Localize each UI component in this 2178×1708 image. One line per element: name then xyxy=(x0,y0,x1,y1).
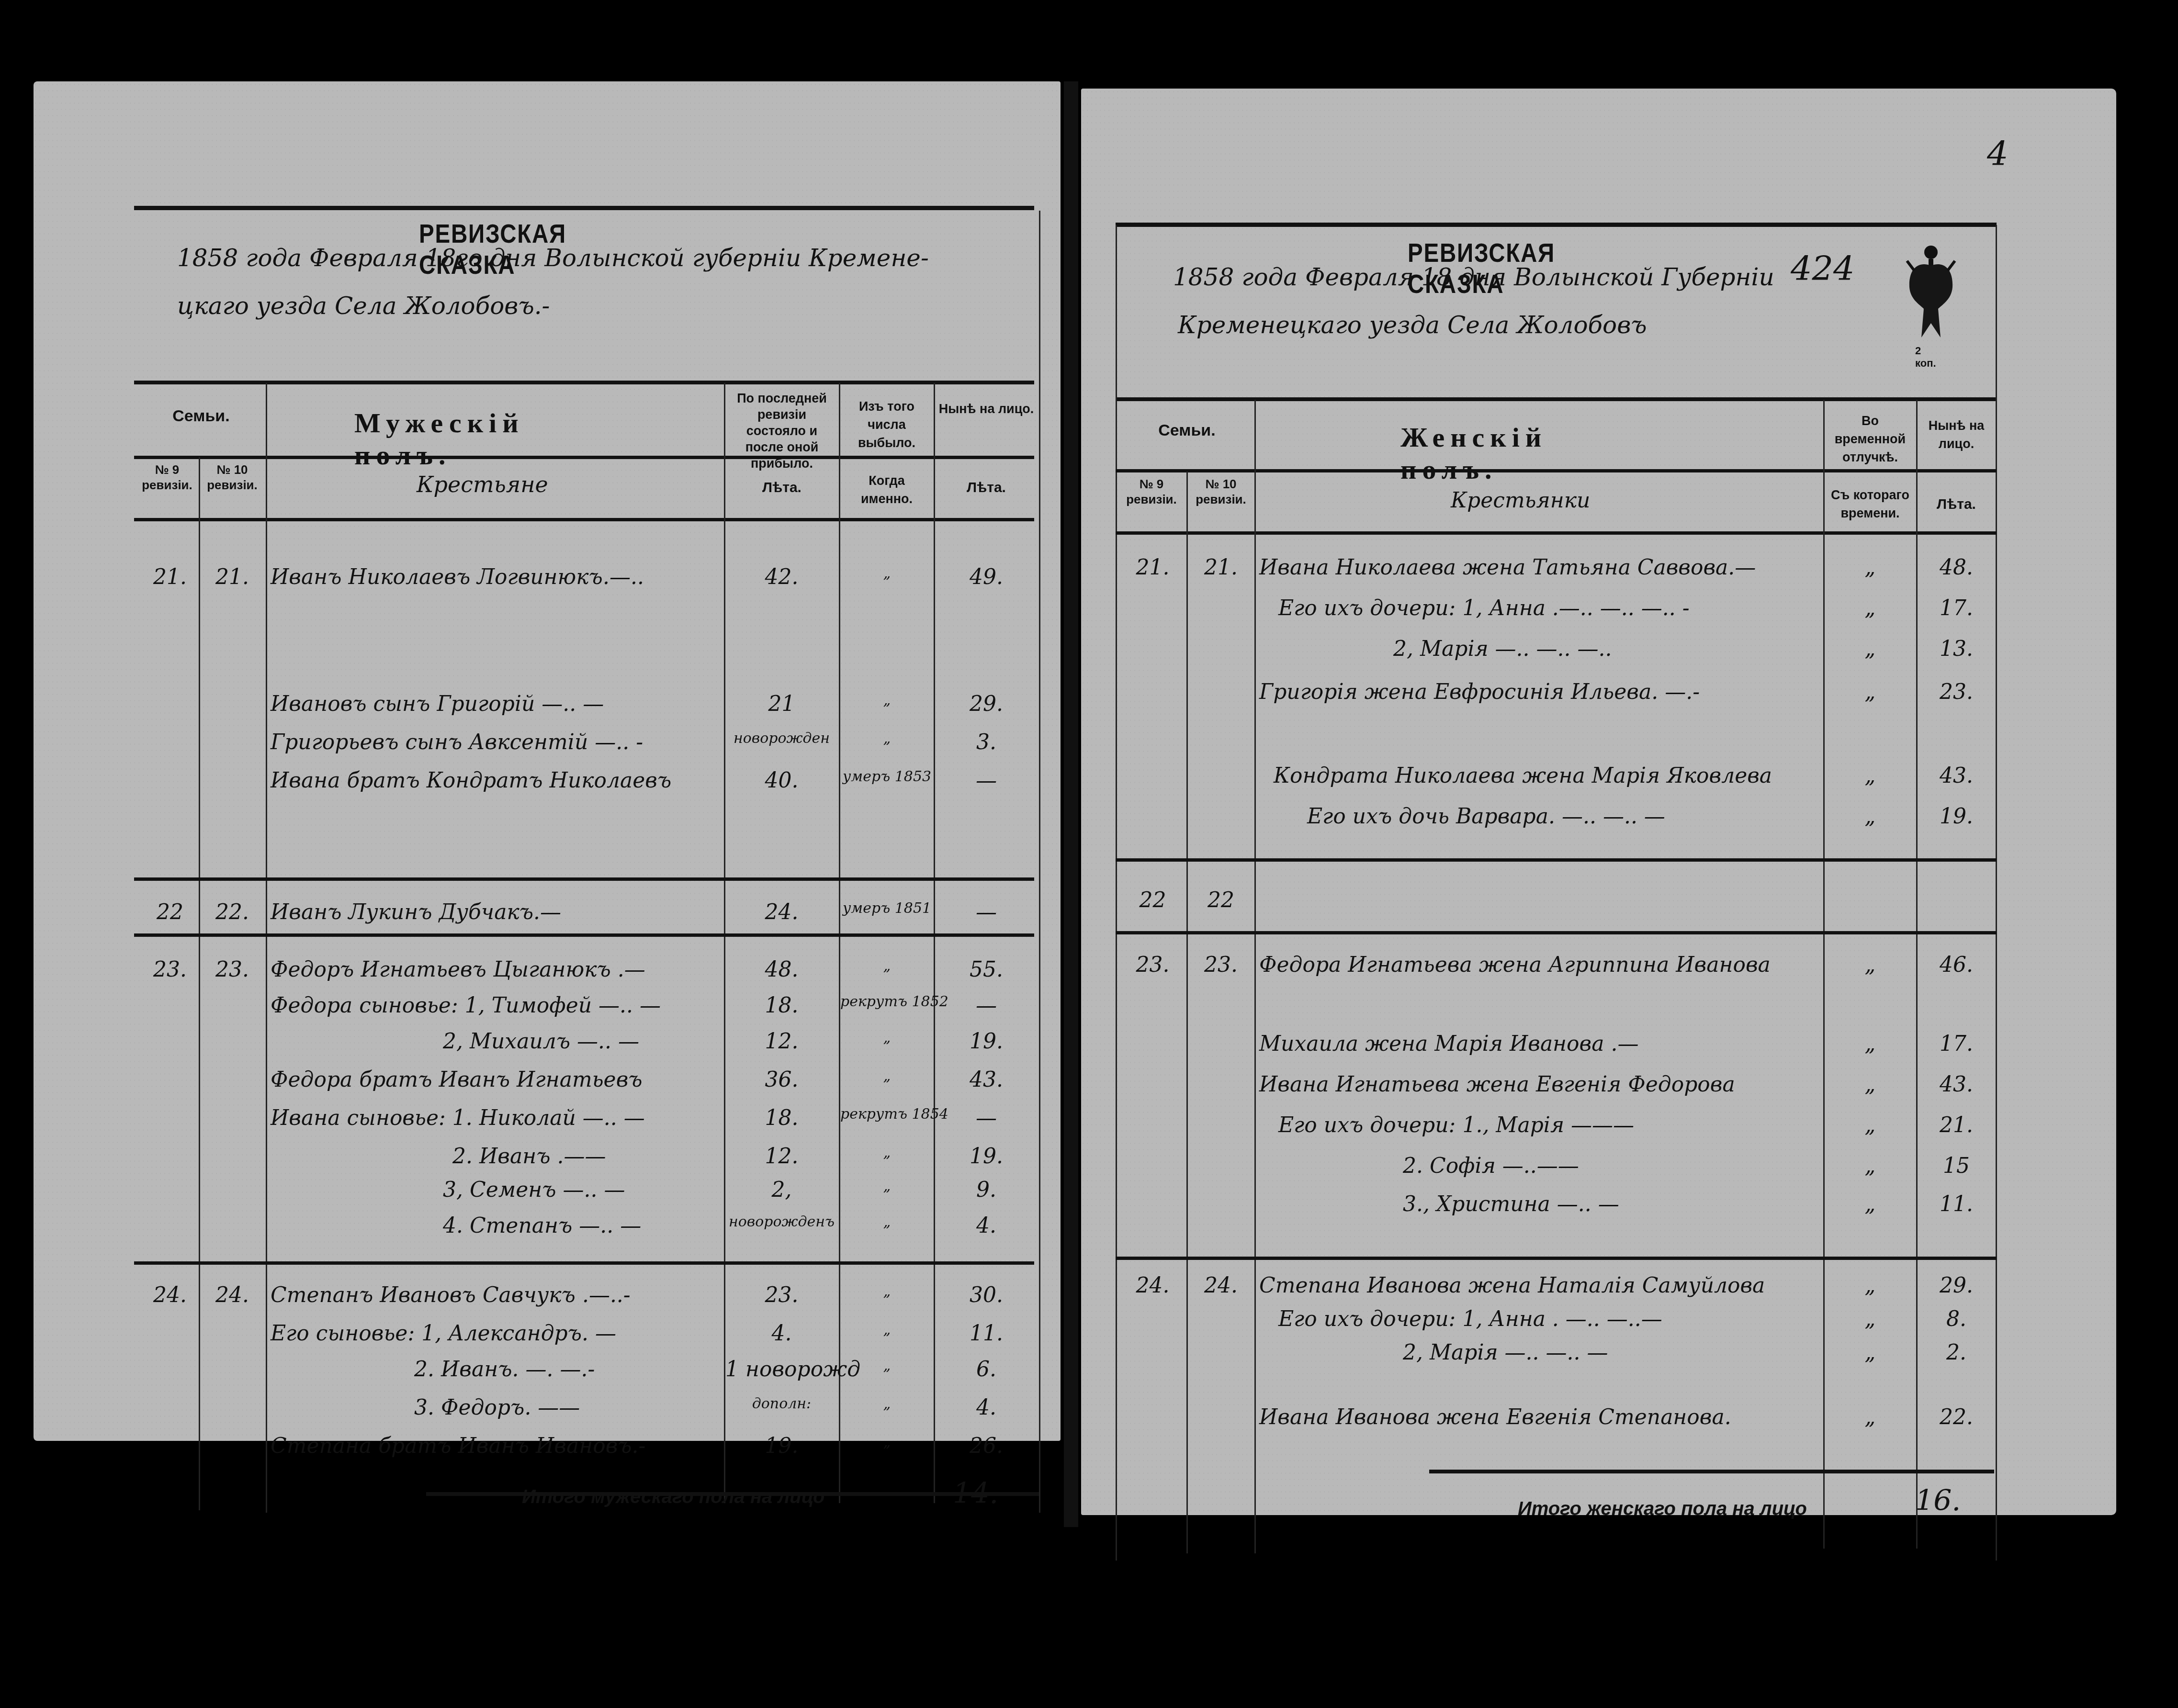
right-row-name: 2, Марія —.. —.. — xyxy=(1403,1340,1608,1365)
right-hdr-temp-absence: Во временной отлучкѣ. xyxy=(1825,412,1915,466)
left-row-name: Федоръ Игнатьевъ Цыганюкъ .— xyxy=(271,957,645,982)
left-subheader-rule xyxy=(134,456,1034,459)
left-row-when: рекрутъ 1852 xyxy=(840,993,934,1010)
left-row-when: „ xyxy=(840,692,934,708)
right-row-name: Федора Игнатьева жена Агриппина Иванова xyxy=(1259,953,1771,977)
right-row-absence: „ xyxy=(1825,1113,1915,1137)
right-row-absence: „ xyxy=(1825,1340,1915,1365)
folio-number: 4 xyxy=(1987,134,2009,173)
left-row-when: рекрутъ 1854 xyxy=(840,1106,934,1123)
left-row-age-now: 49. xyxy=(936,565,1037,589)
right-row-age-now: 13. xyxy=(1918,637,1995,661)
right-col-sep-rev xyxy=(1186,472,1188,1553)
right-row-absence: „ xyxy=(1825,637,1915,661)
right-row-name: Степана Иванова жена Наталія Самуйлова xyxy=(1259,1273,1765,1298)
left-row-age-prev: 12. xyxy=(725,1144,838,1169)
left-row-age-now: 9. xyxy=(936,1178,1037,1202)
left-row-name: Степанъ Ивановъ Савчукъ .—..- xyxy=(271,1283,631,1307)
left-row-name: 3, Семенъ —.. — xyxy=(443,1178,625,1202)
right-header-rule xyxy=(1116,397,1997,401)
left-row-age-prev: 18. xyxy=(725,1106,838,1130)
double-headed-eagle-icon xyxy=(1905,242,1957,342)
right-row-absence: „ xyxy=(1825,680,1915,704)
right-subheader-rule xyxy=(1116,469,1997,472)
left-total-value: 14. xyxy=(953,1477,998,1510)
left-row-rev10: 21. xyxy=(201,565,263,589)
left-row-age-now: — xyxy=(936,1106,1037,1130)
left-row-age-now: 29. xyxy=(936,692,1037,716)
left-row-age-now: 19. xyxy=(936,1144,1037,1169)
right-row-age-now: 43. xyxy=(1918,764,1995,788)
right-row-name: Ивана Николаева жена Татьяна Саввова.— xyxy=(1259,555,1756,580)
left-hdr-last-revision: По последней ревизіи состояло и после он… xyxy=(727,390,837,472)
left-hdr-rev9: № 9 ревизіи. xyxy=(136,462,198,493)
left-row-rev10: 23. xyxy=(201,957,263,982)
left-hdr-years2: Лѣта. xyxy=(936,479,1037,497)
right-hdr-now: Нынѣ на лицо. xyxy=(1918,416,1995,453)
left-intro-line2: цкаго уезда Села Жолобовъ.- xyxy=(177,292,550,320)
left-row-age-now: 4. xyxy=(936,1214,1037,1238)
left-header-rule xyxy=(134,381,1034,384)
left-family-rule-23 xyxy=(134,933,1034,937)
left-hdr-section: Мужескій полъ. xyxy=(354,407,524,471)
right-row-age-now: 19. xyxy=(1918,804,1995,829)
left-col-sep-rev xyxy=(199,457,200,1510)
left-hdr-when: Когда именно. xyxy=(842,472,932,508)
right-row-age-now: 21. xyxy=(1918,1113,1995,1137)
left-row-name: 2. Иванъ .—— xyxy=(452,1144,606,1169)
right-row-name: Григорія жена Евфросинія Ильева. —.- xyxy=(1259,680,1700,704)
right-row-name: 3., Христина —.. — xyxy=(1403,1192,1619,1216)
left-row-age-now: 3. xyxy=(936,730,1037,754)
left-row-age-now: 11. xyxy=(936,1321,1037,1346)
left-row-age-prev: 23. xyxy=(725,1283,838,1307)
left-row-age-now: 43. xyxy=(936,1067,1037,1092)
right-row-absence: „ xyxy=(1825,596,1915,620)
right-row-age-now: 2. xyxy=(1918,1340,1995,1365)
left-row-age-now: 30. xyxy=(936,1283,1037,1307)
left-col-sep-when xyxy=(934,383,935,1503)
right-row-absence: „ xyxy=(1825,953,1915,977)
right-row-absence: „ xyxy=(1825,1032,1915,1056)
right-row-age-now: 22. xyxy=(1918,1405,1995,1429)
left-row-when: „ xyxy=(840,1434,934,1450)
left-row-when: „ xyxy=(840,1283,934,1300)
right-col-sep-absence xyxy=(1916,400,1918,1549)
right-row-name: Ивана Иванова жена Евгенія Степанова. xyxy=(1259,1405,1731,1429)
right-row-rev10: 23. xyxy=(1188,953,1253,977)
right-row-age-now: 43. xyxy=(1918,1072,1995,1097)
left-row-age-prev: 40. xyxy=(725,768,838,793)
left-family-rule-24 xyxy=(134,1261,1034,1265)
right-row-name: Его ихъ дочери: 1, Анна .—.. —.. —.. - xyxy=(1278,596,1690,620)
right-row-age-now: 23. xyxy=(1918,680,1995,704)
left-row-rev9: 23. xyxy=(144,957,196,982)
right-hdr-section: Женскій полъ. xyxy=(1400,421,1547,485)
right-row-name: Кондрата Николаева жена Марія Яковлева xyxy=(1274,764,1772,788)
right-hdr-estate: Крестьянки xyxy=(1451,488,1590,513)
right-margin-number: 424 xyxy=(1791,249,1855,288)
left-row-age-prev: 1 новорожд xyxy=(725,1357,838,1382)
right-row-age-now: 8. xyxy=(1918,1307,1995,1331)
right-row-rev10: 21. xyxy=(1188,555,1253,580)
left-row-when: умеръ 1851 xyxy=(840,900,934,917)
left-row-name: 2. Иванъ. —. —.- xyxy=(414,1357,595,1382)
left-total-label: Итого мужескаго пола на лицо xyxy=(522,1486,825,1508)
right-hdr-rev10: № 10 ревизіи. xyxy=(1188,476,1253,507)
right-row-age-now: 11. xyxy=(1918,1192,1995,1216)
right-total-label: Итого женскаго пола на лицо xyxy=(1518,1498,1807,1520)
left-row-name: 2, Михаилъ —.. — xyxy=(443,1029,639,1054)
right-hdr-families: Семьи. xyxy=(1120,421,1253,439)
right-hdr-years: Лѣта. xyxy=(1918,495,1995,514)
left-row-age-prev: 18. xyxy=(725,993,838,1018)
right-row-age-now: 15 xyxy=(1918,1154,1995,1178)
right-row-age-now: 17. xyxy=(1918,1032,1995,1056)
left-hdr-rev10: № 10 ревизіи. xyxy=(201,462,263,493)
right-row-name: 2, Марія —.. —.. —.. xyxy=(1393,637,1612,661)
right-row-name: Его ихъ дочь Варвара. —.. —.. — xyxy=(1307,804,1665,829)
right-left-border xyxy=(1116,225,1117,1561)
right-row-absence: „ xyxy=(1825,804,1915,829)
left-row-age-prev: дополн: xyxy=(725,1395,838,1412)
right-total-rule xyxy=(1429,1470,1994,1473)
left-row-age-prev: 2, xyxy=(725,1178,838,1202)
right-row-absence: „ xyxy=(1825,1154,1915,1178)
left-row-age-prev: 4. xyxy=(725,1321,838,1346)
left-row-age-prev: 36. xyxy=(725,1067,838,1092)
left-row-name: Ивана сыновье: 1. Николай —.. — xyxy=(271,1106,645,1130)
right-row-age-now: 29. xyxy=(1918,1273,1995,1298)
right-col-sep-families xyxy=(1254,400,1256,1553)
right-row-rev9: 22 xyxy=(1120,888,1185,912)
right-row-rev10: 22 xyxy=(1188,888,1253,912)
right-row-absence: „ xyxy=(1825,1072,1915,1097)
right-hdr-rev9: № 9 ревизіи. xyxy=(1118,476,1185,507)
left-hdr-left: Изъ того числа выбыло. xyxy=(842,397,932,452)
right-row-absence: „ xyxy=(1825,1405,1915,1429)
right-row-rev9: 21. xyxy=(1120,555,1185,580)
left-top-rule xyxy=(134,206,1034,210)
right-row-age-now: 17. xyxy=(1918,596,1995,620)
left-row-when: „ xyxy=(840,1144,934,1161)
left-row-name: Григорьевъ сынъ Авксентій —.. - xyxy=(271,730,643,754)
left-row-name: Федора братъ Иванъ Игнатьевъ xyxy=(271,1067,643,1092)
left-row-rev10: 24. xyxy=(201,1283,263,1307)
left-row-age-now: 4. xyxy=(936,1395,1037,1420)
left-hdr-years: Лѣта. xyxy=(727,479,837,497)
left-right-border xyxy=(1039,211,1040,1513)
right-family-rule-22 xyxy=(1116,858,1997,862)
left-row-age-prev: 24. xyxy=(725,900,838,924)
left-family-rule-22 xyxy=(134,877,1034,881)
left-row-age-prev: 19. xyxy=(725,1434,838,1458)
right-row-rev9: 24. xyxy=(1120,1273,1185,1298)
right-row-absence: „ xyxy=(1825,555,1915,580)
right-total-value: 16. xyxy=(1915,1484,1961,1517)
left-row-when: „ xyxy=(840,1395,934,1412)
right-row-age-now: 46. xyxy=(1918,953,1995,977)
left-row-age-now: 19. xyxy=(936,1029,1037,1054)
left-row-name: 3. Федоръ. —— xyxy=(414,1395,580,1420)
left-row-age-prev: 21 xyxy=(725,692,838,716)
left-colhead-bottom-rule xyxy=(134,518,1034,521)
right-intro-line2: Кременецкаго уезда Села Жолобовъ xyxy=(1178,311,1647,339)
left-row-when: „ xyxy=(840,957,934,974)
left-row-age-now: 26. xyxy=(936,1434,1037,1458)
right-row-name: Ивана Игнатьева жена Евгенія Федорова xyxy=(1259,1072,1735,1097)
left-row-when: „ xyxy=(840,1029,934,1046)
left-row-age-now: — xyxy=(936,900,1037,924)
left-row-rev10: 22. xyxy=(201,900,263,924)
right-family-rule-23 xyxy=(1116,931,1997,934)
left-row-when: „ xyxy=(840,1067,934,1084)
left-hdr-families: Семьи. xyxy=(139,407,263,425)
left-row-name: 4. Степанъ —.. — xyxy=(443,1214,641,1238)
right-row-absence: „ xyxy=(1825,1273,1915,1298)
left-row-age-now: 6. xyxy=(936,1357,1037,1382)
right-row-absence: „ xyxy=(1825,764,1915,788)
right-row-name: 2. Софія —..—— xyxy=(1403,1154,1579,1178)
left-row-name: Федора сыновье: 1, Тимофей —.. — xyxy=(271,993,661,1018)
book-spine xyxy=(1064,81,1078,1527)
left-row-age-now: 55. xyxy=(936,957,1037,982)
left-row-when: „ xyxy=(840,730,934,747)
right-row-name: Его ихъ дочери: 1., Марія ——— xyxy=(1278,1113,1634,1137)
right-row-name: Его ихъ дочери: 1, Анна . —.. —..— xyxy=(1278,1307,1662,1331)
stamp-value: 2 коп. xyxy=(1915,345,1936,370)
left-hdr-estate: Крестьяне xyxy=(417,472,548,497)
left-row-when: умеръ 1853 xyxy=(840,768,934,785)
left-row-name: Иванъ Лукинъ Дубчакъ.— xyxy=(271,900,561,924)
right-right-border xyxy=(1996,225,1997,1561)
left-row-when: „ xyxy=(840,1357,934,1374)
right-row-rev10: 24. xyxy=(1188,1273,1253,1298)
left-row-rev9: 24. xyxy=(144,1283,196,1307)
left-intro-line1: 1858 года Февраля 18го дня Волынской губ… xyxy=(177,244,929,272)
left-row-age-prev: новорожденъ xyxy=(725,1214,838,1230)
left-row-when: „ xyxy=(840,1178,934,1194)
right-col-sep-name xyxy=(1823,400,1825,1549)
right-row-rev9: 23. xyxy=(1120,953,1185,977)
left-row-when: „ xyxy=(840,1321,934,1338)
left-row-rev9: 21. xyxy=(144,565,196,589)
right-row-absence: „ xyxy=(1825,1307,1915,1331)
left-row-when: „ xyxy=(840,1214,934,1230)
left-row-when: „ xyxy=(840,565,934,582)
left-col-sep-families xyxy=(266,383,267,1513)
left-row-name: Степана братъ Иванъ Ивановъ.- xyxy=(271,1434,645,1458)
right-row-age-now: 48. xyxy=(1918,555,1995,580)
left-row-age-prev: 12. xyxy=(725,1029,838,1054)
left-row-name: Его сыновье: 1, Александръ. — xyxy=(271,1321,616,1346)
left-row-age-prev: 48. xyxy=(725,957,838,982)
left-row-name: Ивановъ сынъ Григорій —.. — xyxy=(271,692,604,716)
right-top-rule xyxy=(1116,223,1997,227)
right-intro-line1: 1858 года Февраля 18 дня Волынской Губер… xyxy=(1173,263,1774,291)
left-row-age-prev: 42. xyxy=(725,565,838,589)
right-colhead-bottom-rule xyxy=(1116,531,1997,535)
right-hdr-since: Съ котораго времени. xyxy=(1825,486,1915,522)
left-row-rev9: 22 xyxy=(144,900,196,924)
left-row-name: Иванъ Николаевъ Логвинюкъ.—.. xyxy=(271,565,644,589)
right-family-rule-24 xyxy=(1116,1257,1997,1260)
left-hdr-now: Нынѣ на лицо. xyxy=(936,400,1037,418)
right-page xyxy=(1081,89,2116,1515)
left-row-age-now: — xyxy=(936,768,1037,793)
right-row-absence: „ xyxy=(1825,1192,1915,1216)
left-row-name: Ивана братъ Кондратъ Николаевъ xyxy=(271,768,671,793)
right-row-name: Михаила жена Марія Иванова .— xyxy=(1259,1032,1638,1056)
left-row-age-now: — xyxy=(936,993,1037,1018)
left-row-age-prev: новорожден xyxy=(725,730,838,747)
